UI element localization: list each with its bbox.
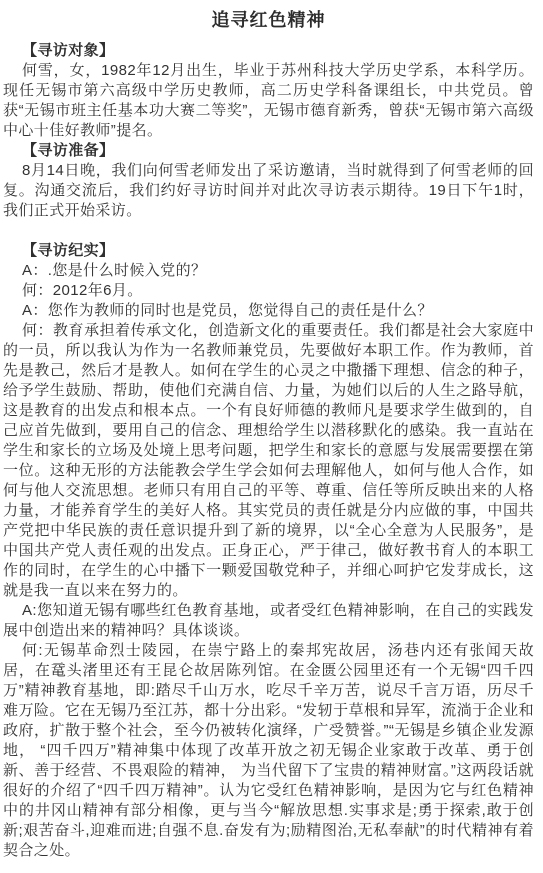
interview-question-2: A：您作为教师的同时也是党员，您觉得自己的责任是什么？: [3, 301, 534, 321]
section-visit-record: 【寻访纪实】 A：.您是什么时候入党的？ 何：2012年6月。 A：您作为教师的…: [3, 241, 534, 861]
visit-preparation-heading: 【寻访准备】: [3, 141, 534, 161]
visit-subject-heading: 【寻访对象】: [3, 41, 534, 61]
visit-preparation-paragraph: 8月14日晚，我们向何雪老师发出了采访邀请，当时就得到了何雪老师的回复。沟通交流…: [3, 161, 534, 221]
interview-question-1: A：.您是什么时候入党的？: [3, 261, 534, 281]
interview-answer-3: 何:无锡革命烈士陵园，在崇宁路上的秦邦宪故居，汤巷内还有张闻天故居，在鼋头渚里还…: [3, 641, 534, 861]
interview-question-3: A:您知道无锡有哪些红色教育基地，或者受红色精神影响，在自己的实践发展中创造出来…: [3, 601, 534, 641]
interview-answer-2: 何：教育承担着传承文化，创造新文化的重要责任。我们都是社会大家庭中的一员，所以我…: [3, 321, 534, 601]
interview-answer-1: 何：2012年6月。: [3, 281, 534, 301]
document-page: 追寻红色精神 【寻访对象】 何雪，女，1982年12月出生，毕业于苏州科技大学历…: [0, 0, 543, 873]
section-visit-preparation: 【寻访准备】 8月14日晚，我们向何雪老师发出了采访邀请，当时就得到了何雪老师的…: [3, 141, 534, 221]
section-visit-subject: 【寻访对象】 何雪，女，1982年12月出生，毕业于苏州科技大学历史学系，本科学…: [3, 41, 534, 141]
visit-subject-paragraph: 何雪，女，1982年12月出生，毕业于苏州科技大学历史学系，本科学历。现任无锡市…: [3, 61, 534, 141]
document-title: 追寻红色精神: [3, 8, 534, 32]
visit-record-heading: 【寻访纪实】: [3, 241, 534, 261]
